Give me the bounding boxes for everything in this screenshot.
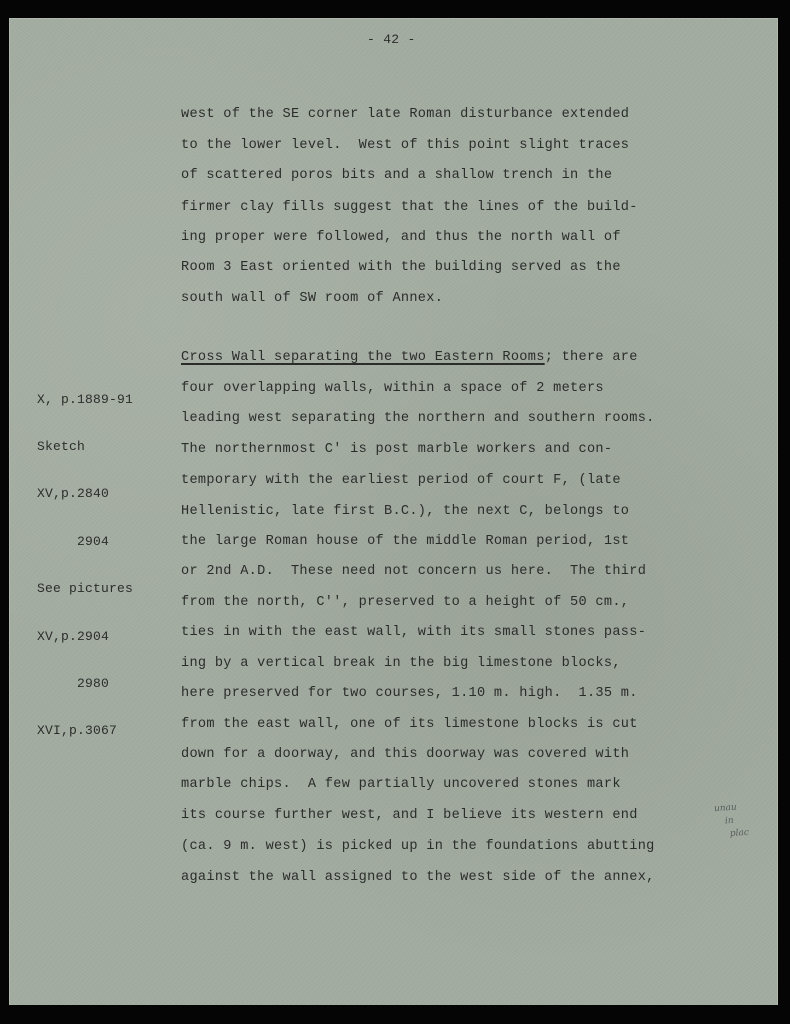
text-line: ties in with the east wall, with its sma…: [181, 625, 646, 640]
typed-page: - 42 - west of the SE corner late Roman …: [9, 18, 778, 1013]
margin-note-line: Sketch: [37, 439, 133, 455]
text-line: or 2nd A.D. These need not concern us he…: [181, 564, 646, 579]
text-line: against the wall assigned to the west si…: [181, 870, 655, 885]
margin-note-line: XV,p.2840: [37, 486, 133, 502]
text-line: the large Roman house of the middle Roma…: [181, 534, 629, 549]
margin-note-line: 2980: [37, 676, 133, 692]
text-line: from the north, C'', preserved to a heig…: [181, 595, 629, 610]
margin-note-line: XVI,p.3067: [37, 723, 133, 739]
handwritten-annotation: unau in plac: [714, 801, 750, 842]
text-line: of scattered poros bits and a shallow tr…: [181, 168, 612, 183]
text-line: south wall of SW room of Annex.: [181, 291, 443, 306]
text-line: temporary with the earliest period of co…: [181, 473, 621, 488]
section-heading: Cross Wall separating the two Eastern Ro…: [181, 350, 545, 365]
section-heading-tail: ; there are: [545, 350, 638, 365]
text-line: (ca. 9 m. west) is picked up in the foun…: [181, 839, 655, 854]
text-line: west of the SE corner late Roman disturb…: [181, 107, 629, 122]
margin-notes: X, p.1889-91 Sketch XV,p.2840 2904 See p…: [37, 360, 133, 771]
scan-bottom-border: [0, 1005, 790, 1024]
text-line: here preserved for two courses, 1.10 m. …: [181, 686, 638, 701]
text-line: marble chips. A few partially uncovered …: [181, 777, 621, 792]
text-line: down for a doorway, and this doorway was…: [181, 747, 629, 762]
page-number: - 42 -: [367, 32, 416, 47]
text-line: The northernmost C' is post marble worke…: [181, 442, 612, 457]
text-line: its course further west, and I believe i…: [181, 808, 638, 823]
text-line: four overlapping walls, within a space o…: [181, 381, 604, 396]
margin-note-line: X, p.1889-91: [37, 392, 133, 408]
margin-note-line: XV,p.2904: [37, 629, 133, 645]
margin-note-line: See pictures: [37, 581, 133, 597]
text-line: Room 3 East oriented with the building s…: [181, 260, 621, 275]
text-line: to the lower level. West of this point s…: [181, 138, 629, 153]
text-line: ing proper were followed, and thus the n…: [181, 230, 621, 245]
section-heading-line: Cross Wall separating the two Eastern Ro…: [181, 350, 638, 365]
text-line: from the east wall, one of its limestone…: [181, 717, 638, 732]
handwriting-line: plac: [715, 827, 749, 842]
text-line: firmer clay fills suggest that the lines…: [181, 200, 638, 215]
text-line: ing by a vertical break in the big limes…: [181, 656, 621, 671]
text-line: Hellenistic, late first B.C.), the next …: [181, 504, 629, 519]
margin-note-line: 2904: [37, 534, 133, 550]
text-line: leading west separating the northern and…: [181, 411, 655, 426]
